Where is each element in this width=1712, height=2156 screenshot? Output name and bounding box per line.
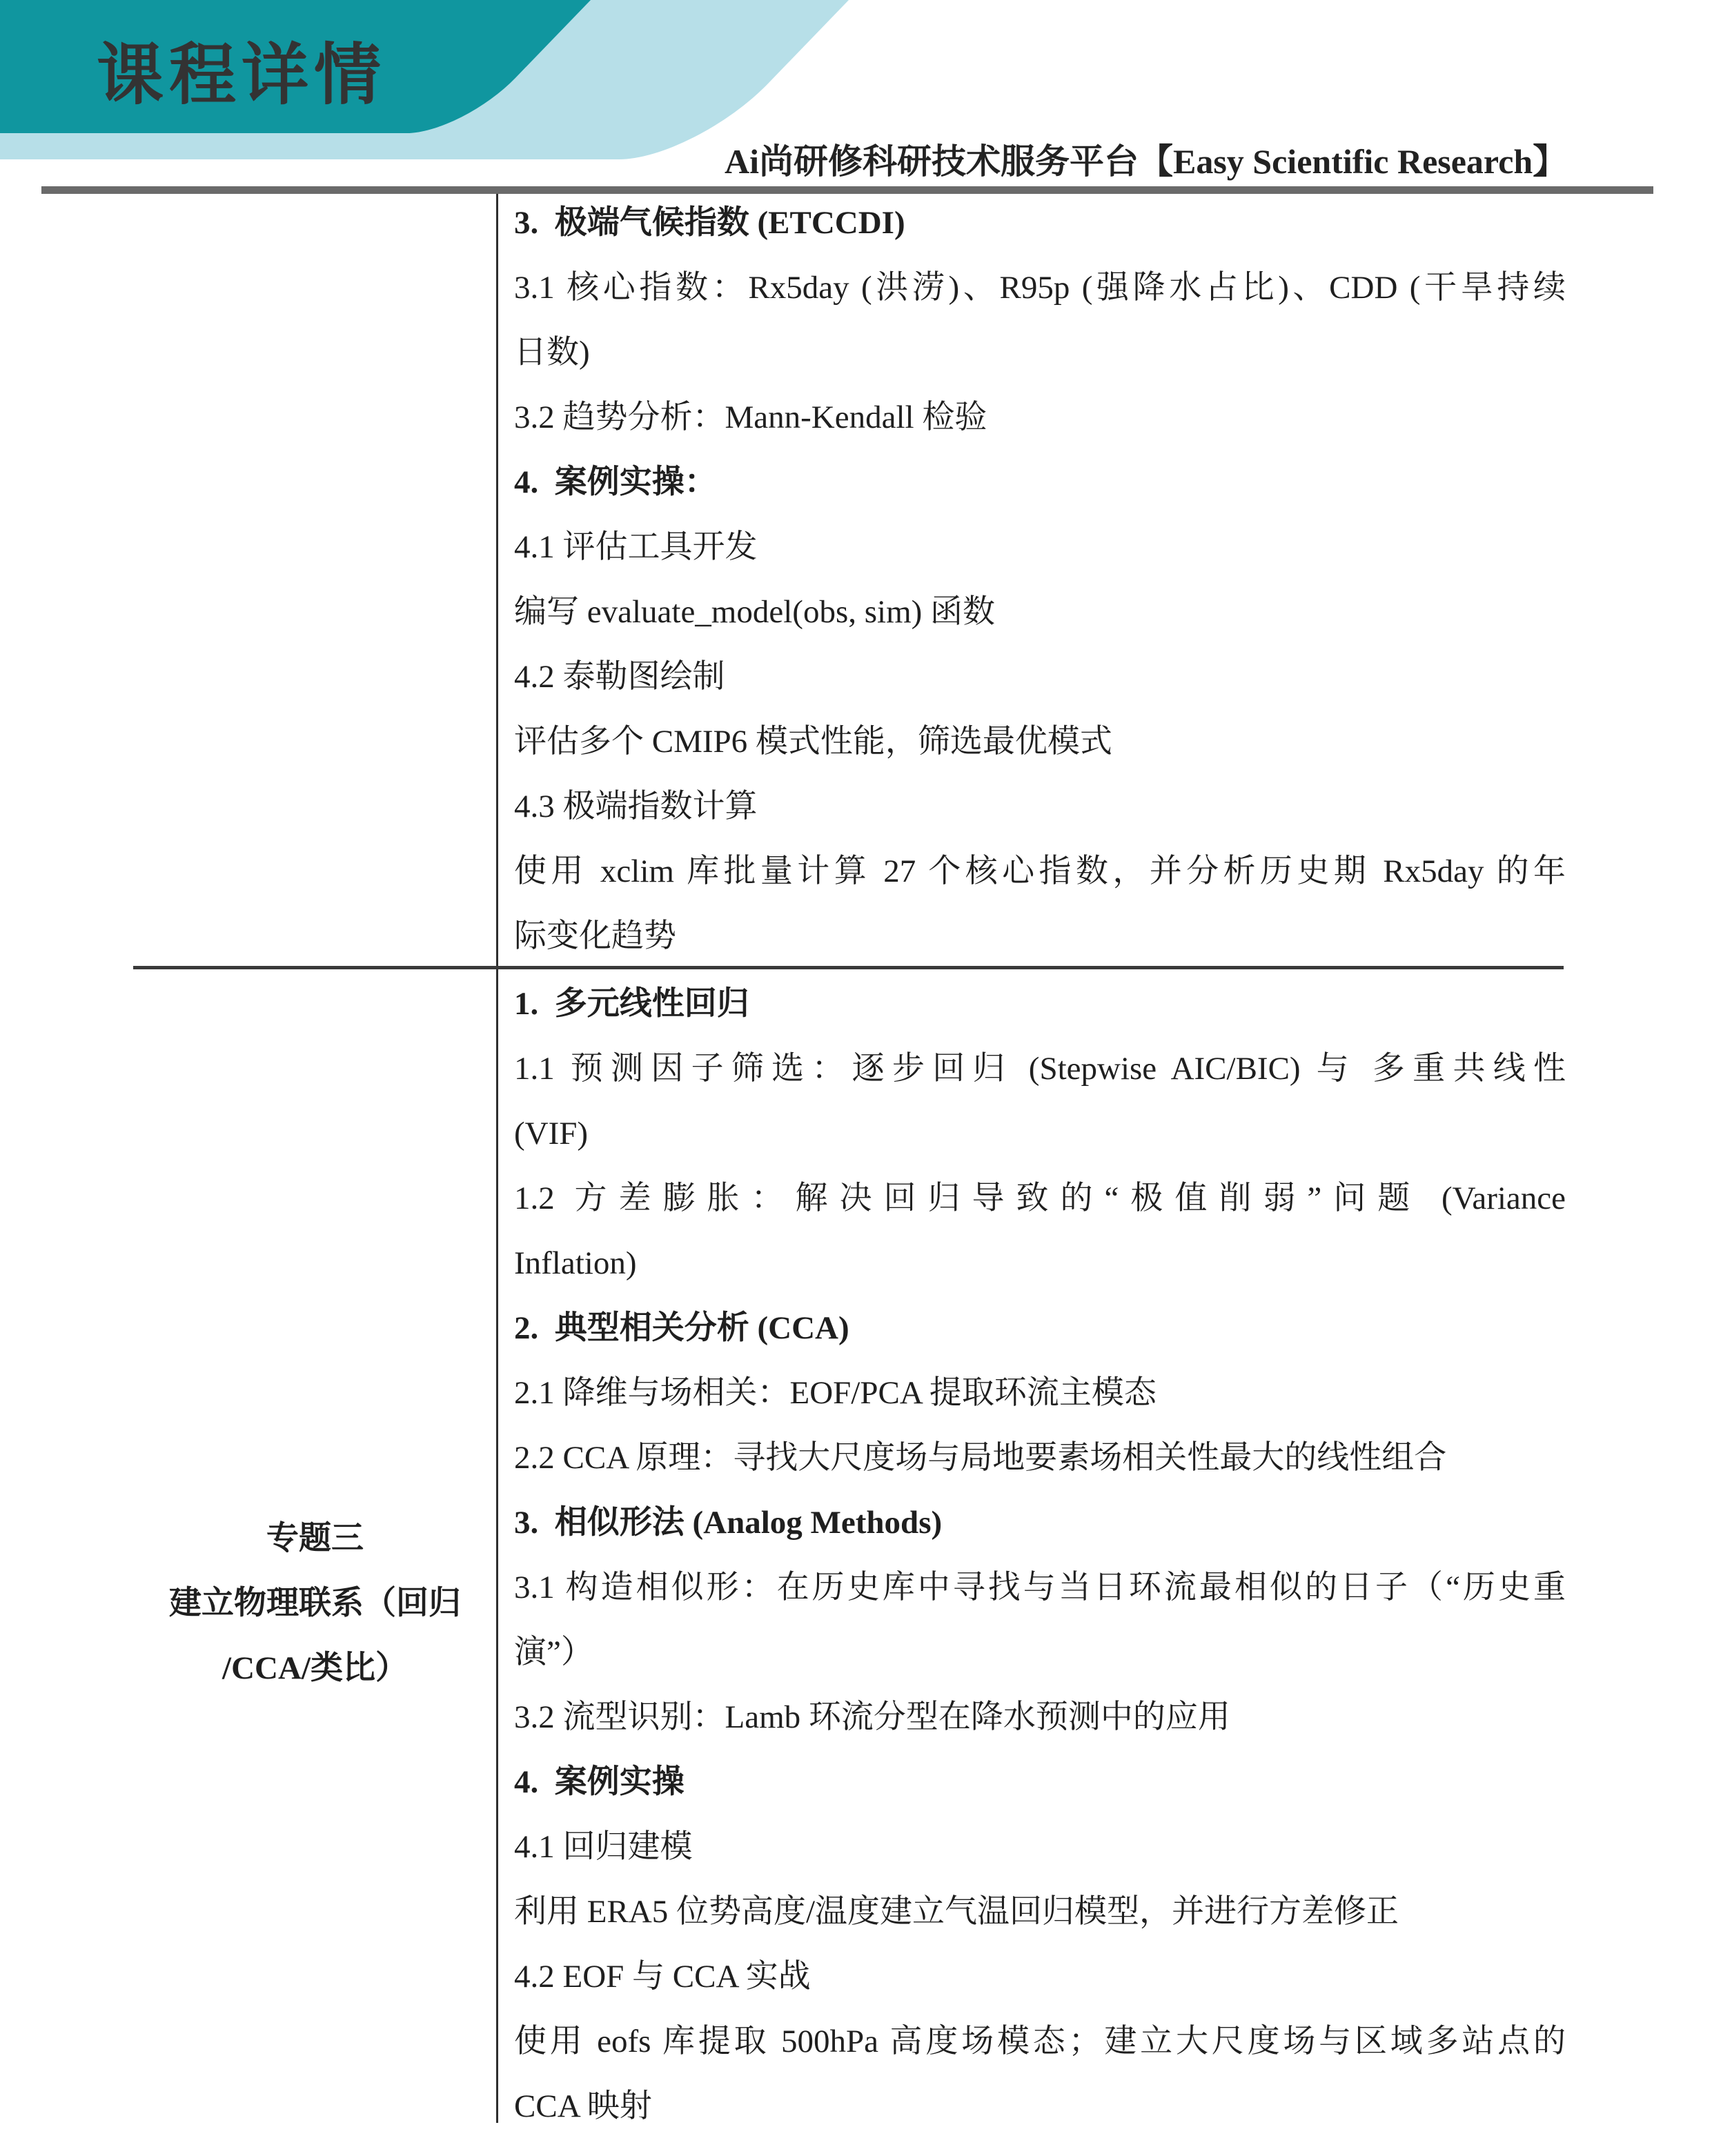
content-line: 使用 xclim 库批量计算 27 个核心指数，并分析历史期 Rx5day 的年 (514, 839, 1566, 904)
content-line: 利用 ERA5 位势高度/温度建立气温回归模型，并进行方差修正 (514, 1879, 1566, 1944)
content-line: 3. 相似形法 (Analog Methods) (514, 1490, 1566, 1555)
content-line: 日数) (514, 320, 1566, 385)
document-page: 课程详情 Ai尚研修科研技术服务平台【Easy Scientific Resea… (0, 0, 1712, 2156)
content-line: 编写 evaluate_model(obs, sim) 函数 (514, 580, 1566, 644)
content-line: 4.1 评估工具开发 (514, 515, 1566, 580)
topic-line: 建立物理联系（回归 (133, 1571, 497, 1636)
content-line: CCA 映射 (514, 2074, 1566, 2139)
content-line: 2. 典型相关分析 (CCA) (514, 1296, 1566, 1361)
course-content-row1: 3. 极端气候指数 (ETCCDI) 3.1 核心指数：Rx5day (洪涝)、… (514, 190, 1566, 969)
content-line: 4.2 EOF 与 CCA 实战 (514, 1944, 1566, 2009)
content-line: 1. 多元线性回归 (514, 971, 1566, 1036)
content-line: 3.2 趋势分析：Mann-Kendall 检验 (514, 385, 1566, 450)
content-line: 4. 案例实操： (514, 450, 1566, 515)
content-line: (VIF) (514, 1101, 1566, 1166)
content-line: 4.1 回归建模 (514, 1814, 1566, 1879)
topic-line: 专题三 (133, 1506, 497, 1571)
content-line: 使用 eofs 库提取 500hPa 高度场模态；建立大尺度场与区域多站点的 (514, 2009, 1566, 2074)
content-line: 4. 案例实操 (514, 1750, 1566, 1814)
content-line: 3.1 构造相似形：在历史库中寻找与当日环流最相似的日子（“历史重 (514, 1555, 1566, 1620)
course-content-row2: 1. 多元线性回归 1.1 预测因子筛选：逐步回归 (Stepwise AIC/… (514, 971, 1566, 2139)
content-line: 1.1 预测因子筛选：逐步回归 (Stepwise AIC/BIC) 与 多重共… (514, 1036, 1566, 1101)
content-line: 1.2 方差膨胀：解决回归导致的“极值削弱”问题 (Variance (514, 1166, 1566, 1231)
topic-line: /CCA/类比） (133, 1636, 497, 1701)
content-line: 2.1 降维与场相关：EOF/PCA 提取环流主模态 (514, 1361, 1566, 1425)
content-line: 2.2 CCA 原理：寻找大尺度场与局地要素场相关性最大的线性组合 (514, 1425, 1566, 1490)
page-title: 课程详情 (97, 21, 386, 117)
content-line: 3. 极端气候指数 (ETCCDI) (514, 190, 1566, 255)
topic-cell: 专题三 建立物理联系（回归 /CCA/类比） (133, 971, 497, 1701)
content-line: 演”） (514, 1620, 1566, 1685)
content-line: 3.1 核心指数：Rx5day (洪涝)、R95p (强降水占比)、CDD (干… (514, 255, 1566, 320)
content-line: Inflation) (514, 1231, 1566, 1296)
content-line: 4.2 泰勒图绘制 (514, 644, 1566, 709)
content-line: 评估多个 CMIP6 模式性能，筛选最优模式 (514, 709, 1566, 774)
platform-subtitle: Ai尚研修科研技术服务平台【Easy Scientific Research】 (725, 134, 1561, 184)
content-line: 4.3 极端指数计算 (514, 774, 1566, 839)
content-line: 际变化趋势 (514, 904, 1566, 969)
content-line: 3.2 流型识别：Lamb 环流分型在降水预测中的应用 (514, 1685, 1566, 1750)
